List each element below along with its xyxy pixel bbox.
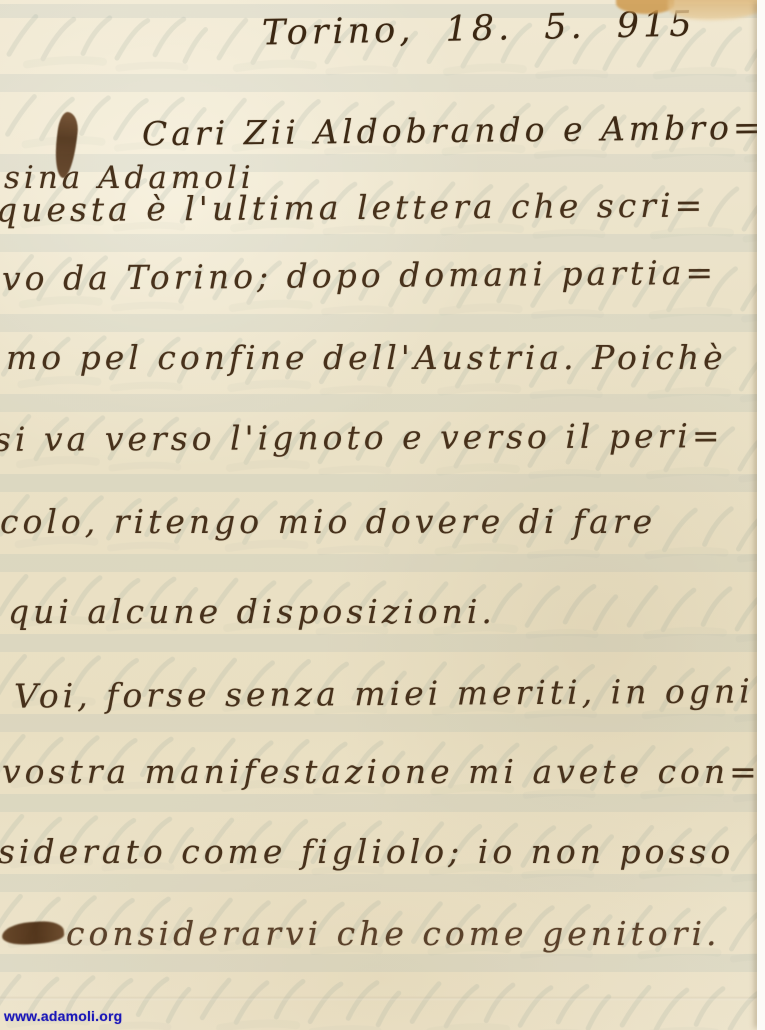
letter-line-paragraph-2-start: Voi, forse senza miei meriti, in ogni [14, 673, 754, 714]
letter-line-last: considerarvi che come genitori. [66, 916, 720, 952]
watermark: www.adamoli.org [4, 1008, 122, 1024]
letter-line: siderato come figliolo; io non posso [0, 834, 734, 870]
letter-line-salutation-1: Cari Zii Aldobrando e Ambro= [142, 110, 765, 153]
letter-line: vo da Torino; dopo domani partia= [2, 255, 717, 298]
letter-line: questa è l'ultima lettera che scri= [0, 188, 706, 229]
letter-line: colo, ritengo mio dovere di fare [0, 504, 656, 540]
letter-page: Torino, 18. 5. 915 Cari Zii Aldobrando e… [0, 0, 765, 1030]
paper-crease [0, 997, 765, 1000]
letter-line: vostra manifestazione mi avete con= [2, 754, 761, 790]
scan-edge [757, 0, 765, 1030]
letter-line: qui alcune disposizioni. [8, 594, 496, 630]
letter-line: mo pel confine dell'Austria. Poichè [6, 340, 727, 376]
letter-line: si va verso l'ignoto e verso il peri= [0, 418, 724, 458]
